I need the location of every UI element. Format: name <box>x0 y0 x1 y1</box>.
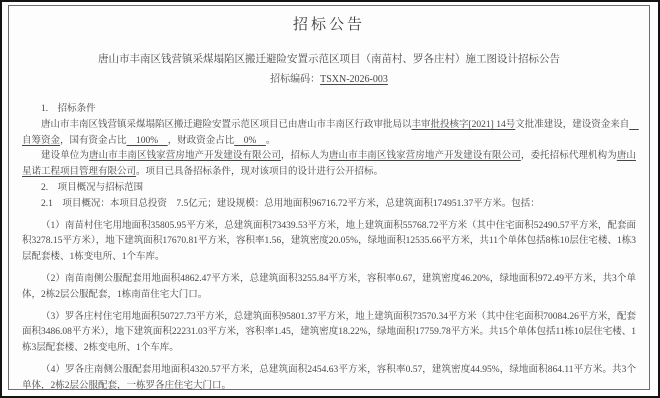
page-title: 招标公告 <box>22 15 636 35</box>
section-heading: 2. 项目概况与招标范围 <box>22 181 636 197</box>
tender-code-label: 招标编码： <box>270 74 320 85</box>
text-run: ，财政资金占比 <box>168 136 235 146</box>
tender-code-line: 招标编码：TSXN-2026-003 <box>22 73 636 86</box>
document-paragraph: 建设单位为唐山市丰南区钱家营房地产开发建设有限公司，招标人为唐山市丰南区钱家营房… <box>22 149 636 181</box>
text-run: 1. 招标条件 <box>41 104 96 114</box>
text-run: 。项目已具备招标条件，现对该项目的设计进行公开招标。 <box>136 167 383 177</box>
text-run: 2. 项目概况与招标范围 <box>41 183 143 193</box>
document-body: 1. 招标条件唐山市丰南区钱营镇采煤塌陷区搬迁避险安置示范区项目已由唐山市丰南区… <box>22 102 636 390</box>
document-paragraph: 2.1 项目概况：本项目总投资 7.5亿元；建设规模：总用地面积96716.72… <box>22 197 636 213</box>
text-run: （1）南苗村住宅用地面积35805.95平方米，总建筑面积73439.53平方米… <box>22 221 636 263</box>
text-run: ，委托招标代理机构为 <box>521 151 617 161</box>
tender-code-value: TSXN-2026-003 <box>320 74 388 85</box>
document-paragraph: （2）南苗南侧公服配套用地面积4862.47平方米，总建筑面积3255.84平方… <box>22 272 636 304</box>
document-frame: 招标公告 唐山市丰南区钱营镇采煤塌陷区搬迁避险安置示范区项目（南苗村、罗各庄村）… <box>0 0 660 398</box>
document-page: 招标公告 唐山市丰南区钱营镇采煤塌陷区搬迁避险安置示范区项目（南苗村、罗各庄村）… <box>8 5 650 390</box>
document-paragraph: （4）罗各庄南侧公服配套用地面积4320.57平方米，总建筑面积2454.63平… <box>22 363 636 390</box>
text-run: 。 <box>266 136 276 146</box>
document-paragraph: （1）南苗村住宅用地面积35805.95平方米，总建筑面积73439.53平方米… <box>22 219 636 266</box>
underlined-text: 唐山市丰南区钱家营房地产开发建设有限公司 <box>89 151 281 161</box>
underlined-text: 唐山市丰南区钱家营房地产开发建设有限公司 <box>329 151 521 161</box>
document-paragraph: （3）罗各庄村住宅用地面积50727.73平方米，总建筑面积95801.37平方… <box>22 310 636 357</box>
text-run: 2.1 项目概况：本项目总投资 7.5亿元；建设规模：总用地面积96716.72… <box>41 199 540 209</box>
underlined-text: 0% <box>234 136 266 146</box>
text-run: 唐山市丰南区钱营镇采煤塌陷区搬迁避险安置示范区项目已由唐山市丰南区行政审批局以 <box>41 120 412 130</box>
text-run: ，招标人为 <box>281 151 329 161</box>
underlined-text: 丰审批投核字[2021] 14号 <box>412 120 516 130</box>
section-heading: 1. 招标条件 <box>22 102 636 118</box>
text-run: （2）南苗南侧公服配套用地面积4862.47平方米，总建筑面积3255.84平方… <box>22 274 636 300</box>
underlined-text: 100% <box>127 136 168 146</box>
text-run: 建设单位为 <box>41 151 89 161</box>
document-paragraph: 唐山市丰南区钱营镇采煤塌陷区搬迁避险安置示范区项目已由唐山市丰南区行政审批局以丰… <box>22 118 636 150</box>
text-run: 文批准建设，建设资金来自 <box>515 120 629 130</box>
document-subtitle: 唐山市丰南区钱营镇采煤塌陷区搬迁避险安置示范区项目（南苗村、罗各庄村）施工图设计… <box>22 53 636 67</box>
text-run: ，国有资金占比 <box>60 136 127 146</box>
text-run: （4）罗各庄南侧公服配套用地面积4320.57平方米，总建筑面积2454.63平… <box>22 365 636 390</box>
text-run: （3）罗各庄村住宅用地面积50727.73平方米，总建筑面积95801.37平方… <box>22 312 636 354</box>
